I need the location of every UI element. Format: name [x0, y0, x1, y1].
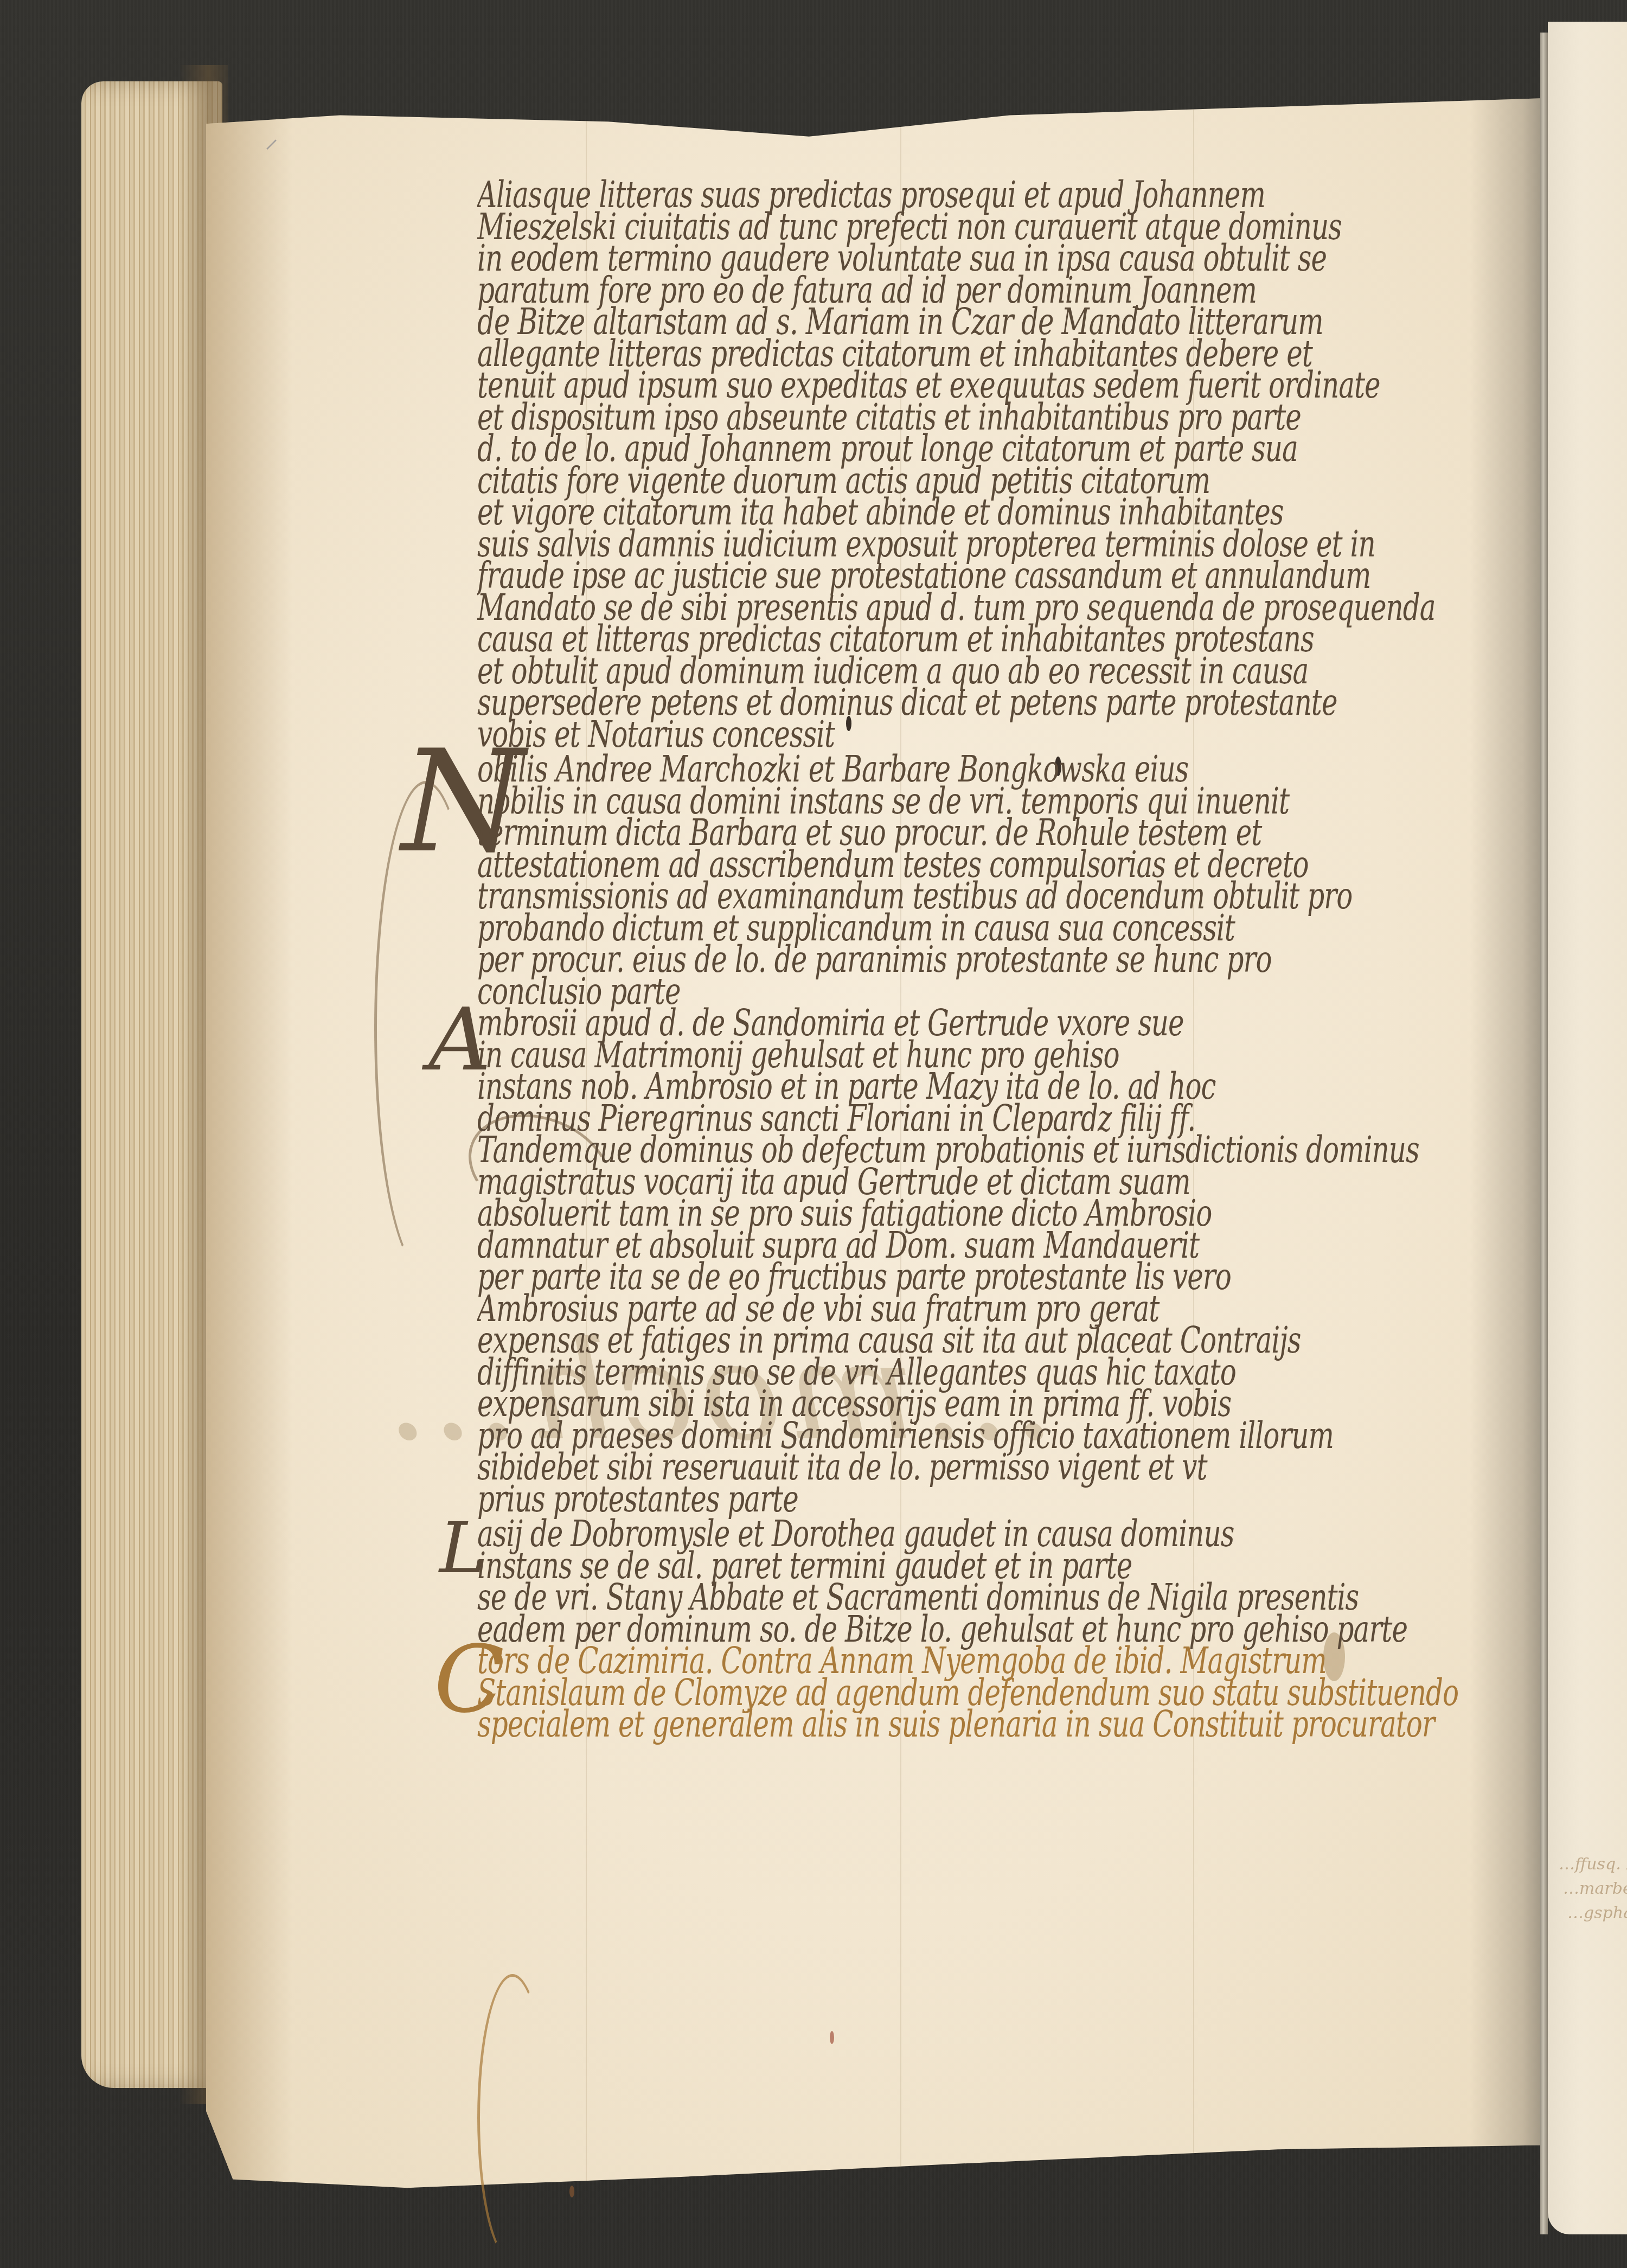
entry-4: L asij de Dobromysle et Dorothea gaudet …: [477, 1518, 1556, 1645]
entry-2: N obilis Andree Marchozki et Barbare Bon…: [477, 753, 1556, 1007]
entry-3: A mbrosii apud d. de Sandomiria et Gertr…: [477, 1007, 1556, 1515]
page-edge-discoloration: [206, 60, 293, 2196]
manuscript-text: Aliasque litteras suas predictas prosequ…: [477, 179, 1556, 1740]
entry-5-later-addition: C tors de Cazimiria. Contra Annam Nyemgo…: [477, 1645, 1556, 1740]
text-line: specialem et generalem alis in suis plen…: [477, 1703, 1556, 1746]
margin-flourish: [477, 1974, 548, 2261]
margin-note-line: …gsphales: [1567, 1904, 1627, 1923]
adjacent-page: …ffusq. Elizab. …marbern… …gsphales: [1548, 22, 1627, 2234]
margin-note-line: …ffusq. Elizab.: [1559, 1855, 1627, 1874]
red-speck: [830, 2031, 834, 2044]
margin-note-line: …marbern…: [1563, 1879, 1627, 1898]
book-gutter: [1540, 33, 1548, 2234]
ink-speck: [569, 2186, 574, 2197]
pencil-mark: ⸍: [265, 130, 278, 167]
entry-1: Aliasque litteras suas predictas prosequ…: [477, 179, 1556, 750]
